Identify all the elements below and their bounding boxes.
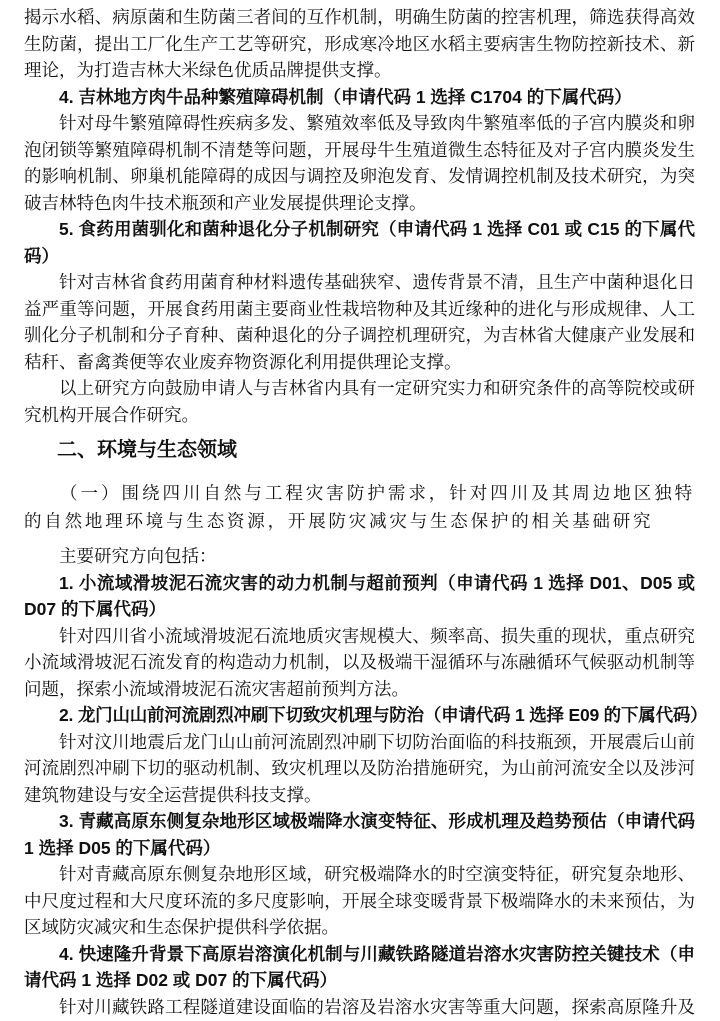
item-heading-4-karst-railway: 4. 快速隆升背景下高原岩溶演化机制与川藏铁路隧道岩溶水灾害防控关键技术（申请代…	[24, 941, 695, 994]
item-heading-1-landslide-debris-flow: 1. 小流域滑坡泥石流灾害的动力机制与超前预判（申请代码 1 选择 D01、D0…	[24, 570, 695, 623]
item-heading-5-edible-fungi: 5. 食药用菌驯化和菌种退化分子机制研究（申请代码 1 选择 C01 或 C15…	[24, 216, 695, 269]
para-crop-disease-continuation: 揭示水稻、病原菌和生防菌三者间的互作机制，明确生防菌的控害机理，筛选获得高效生防…	[24, 4, 695, 84]
document-page: 揭示水稻、病原菌和生防菌三者间的互作机制，明确生防菌的控害机理，筛选获得高效生防…	[0, 0, 720, 1021]
para-beef-breeding-detail: 针对母牛繁殖障碍性疾病多发、繁殖效率低及导致肉牛繁殖率低的子宫内膜炎和卵泡闭锁等…	[24, 110, 695, 216]
item-heading-2-longmenshan-rivers: 2. 龙门山山前河流剧烈冲刷下切致灾机理与防治（申请代码 1 选择 E09 的下…	[24, 702, 720, 729]
item-heading-3-extreme-precipitation: 3. 青藏高原东侧复杂地形区域极端降水演变特征、形成机理及趋势预估（申请代码 1…	[24, 808, 695, 861]
section-heading-environment-ecology: 二、环境与生态领域	[24, 437, 695, 463]
para-karst-detail: 针对川藏铁路工程隧道建设面临的岩溶及岩溶水灾害等重大问题，探索高原隆升及	[24, 994, 695, 1021]
para-landslide-detail: 针对四川省小流域滑坡泥石流地质灾害规模大、频率高、损失重的现状，重点研究小流域滑…	[24, 623, 695, 703]
para-cooperation-note: 以上研究方向鼓励申请人与吉林省内具有一定研究实力和研究条件的高等院校或研究机构开…	[24, 375, 695, 428]
para-edible-fungi-detail: 针对吉林省食药用菌育种材料遗传基础狭窄、遗传背景不清，且生产中菌种退化日益严重等…	[24, 269, 695, 375]
item-heading-4-beef-breeding: 4. 吉林地方肉牛品种繁殖障碍机制（申请代码 1 选择 C1704 的下属代码）	[24, 84, 695, 111]
para-longmenshan-detail: 针对汶川地震后龙门山山前河流剧烈冲刷下切防治面临的科技瓶颈，开展震后山前河流剧烈…	[24, 729, 695, 809]
para-sichuan-disaster-overview: （一）围绕四川自然与工程灾害防护需求，针对四川及其周边地区独特的自然地理环境与生…	[24, 479, 695, 535]
para-precipitation-detail: 针对青藏高原东侧复杂地形区域，研究极端降水的时空演变特征，研究复杂地形、中尺度过…	[24, 861, 695, 941]
para-main-research-directions: 主要研究方向包括：	[24, 543, 695, 570]
